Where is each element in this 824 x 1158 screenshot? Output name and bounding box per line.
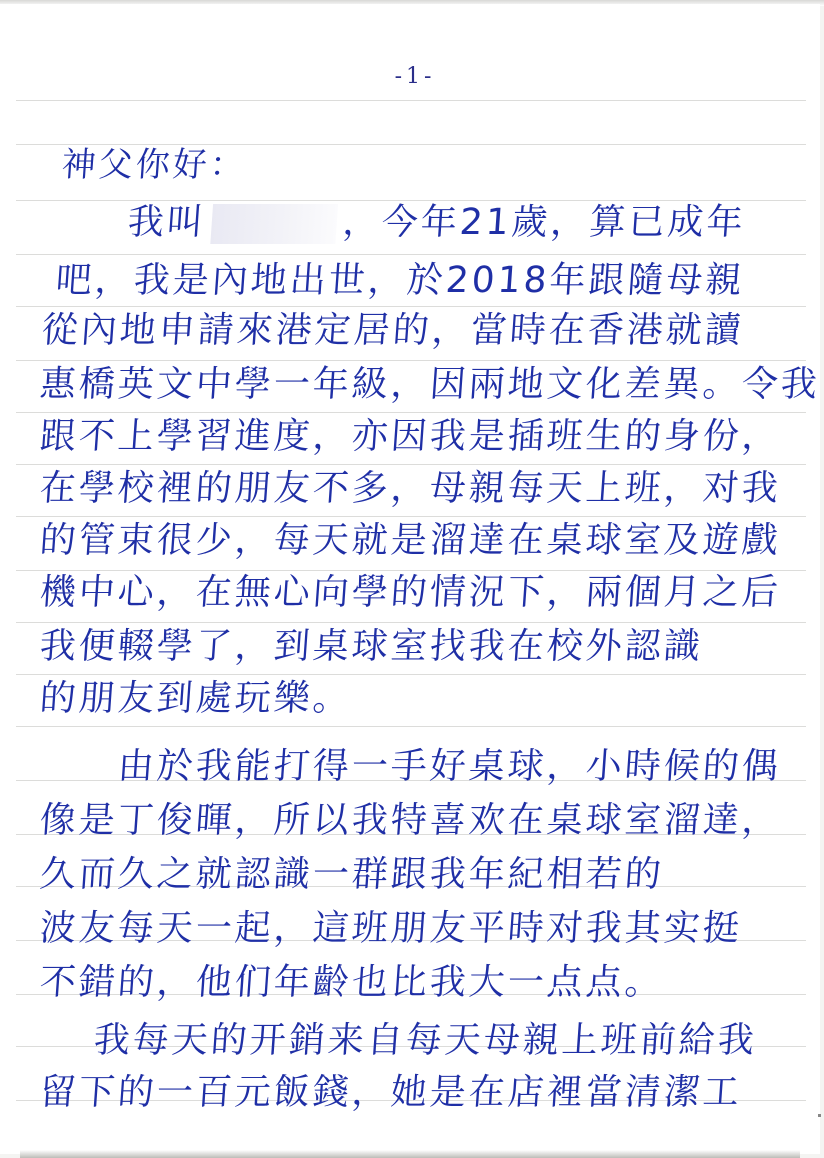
page-bottom-edge <box>20 1150 800 1158</box>
letter-greeting: 神父你好： <box>60 137 248 186</box>
redacted-name <box>210 204 338 244</box>
ruled-line <box>16 100 806 101</box>
paper-speck <box>818 1114 821 1117</box>
letter-line: 在學校裡的朋友不多，母親每天上班，对我 <box>38 460 783 511</box>
letter-line: 不錯的，他们年齡也比我大一点点。 <box>38 954 666 1005</box>
letter-line: 跟不上學習進度，亦因我是插班生的身份， <box>38 408 783 459</box>
letter-line: 像是丁俊暉，所以我特喜欢在桌球室溜達， <box>38 792 783 843</box>
letter-line: 機中心，在無心向學的情況下，兩個月之后 <box>38 564 783 615</box>
letter-text: ，今年21歲，算已成年 <box>341 202 747 243</box>
letter-line: 我每天的开銷来自每天母親上班前給我 <box>92 1012 759 1063</box>
letter-line: 吧，我是內地出世，於2018年跟隨母親 <box>54 252 746 303</box>
page-number: -1- <box>370 64 460 89</box>
letter-line: 的朋友到處玩樂。 <box>38 670 354 721</box>
letter-line: 由於我能打得一手好桌球，小時候的偶 <box>116 738 783 789</box>
letter-line: 惠橋英文中學一年級，因兩地文化差異。令我 <box>38 356 822 407</box>
letter-line: 的管束很少，每天就是溜達在桌球室及遊戲 <box>38 512 783 563</box>
letter-line: 波友每天一起，這班朋友平時对我其实挺 <box>38 900 744 951</box>
letter-line: 從內地申請來港定居的，當時在香港就讀 <box>40 302 746 353</box>
letter-line: 我便輟學了，到桌球室找我在校外認識 <box>38 618 705 669</box>
letter-line: 留下的一百元飯錢，她是在店裡當清潔工 <box>38 1064 744 1115</box>
letter-text: 我叫 <box>126 202 207 243</box>
letter-page: -1- 神父你好： 我叫，今年21歲，算已成年 吧，我是內地出世，於2018年跟… <box>0 4 820 1154</box>
ruled-line <box>16 726 806 727</box>
letter-line: 我叫，今年21歲，算已成年 <box>126 194 747 245</box>
letter-line: 久而久之就認識一群跟我年紀相若的 <box>38 846 666 897</box>
